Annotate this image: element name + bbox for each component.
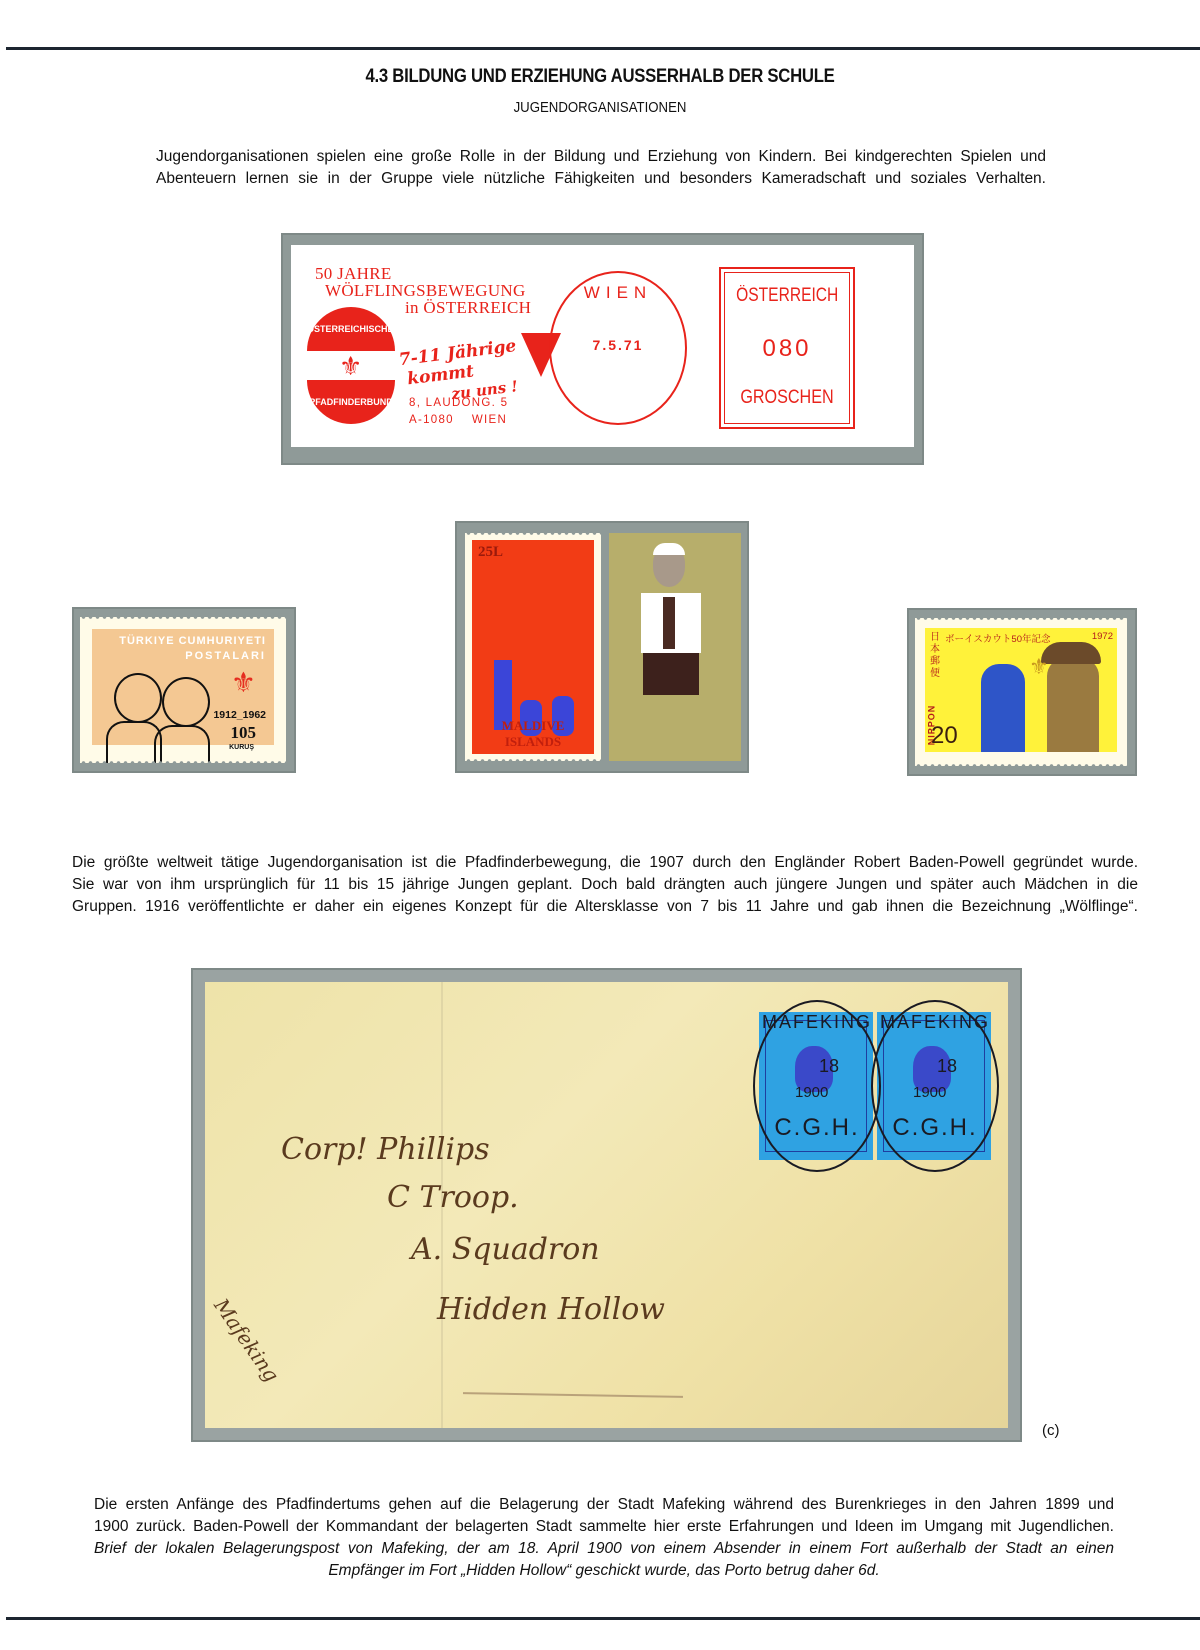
slogan-line: in ÖSTERREICH [405, 299, 531, 316]
meter-value: 080 [725, 335, 849, 363]
scout-shorts [643, 653, 699, 695]
top-rule [6, 47, 1200, 50]
intro-paragraph: Jugendorganisationen spielen eine große … [156, 146, 1046, 190]
postmark-day: 18 [819, 1056, 839, 1077]
meter-franking: 50 JAHRE WÖLFLINGSBEWEGUNG in ÖSTERREICH… [291, 245, 914, 447]
stamp-country: MALDIVE ISLANDS [472, 718, 594, 750]
copyright-mark: (c) [1042, 1422, 1060, 1439]
caption-line: Empfänger im Fort „Hidden Hollow“ geschi… [94, 1560, 1114, 1582]
japan-stamp: 日本郵便 NIPPON ボーイスカウト50年記念 1972 ⚜ 20 [915, 618, 1127, 766]
middle-paragraph: Die größte weltweit tätige Jugendorganis… [72, 852, 1138, 918]
text-line: Die größte weltweit tätige Jugendorganis… [72, 852, 1138, 874]
address-line: Corp! Phillips [281, 1132, 490, 1167]
japan-stamp-design: 日本郵便 NIPPON ボーイスカウト50年記念 1972 ⚜ 20 [925, 628, 1117, 752]
meter-postmark: WIEN 7.5.71 [549, 271, 687, 425]
meter-country: ÖSTERREICH [736, 285, 838, 307]
scout-cap [653, 543, 685, 555]
stamp-title: ボーイスカウト50年記念 [945, 631, 1050, 645]
postmark-year: 1900 [795, 1084, 828, 1101]
postmark-town: MAFEKING [755, 1012, 879, 1033]
stamp-issuer: 日本郵便 [928, 632, 942, 680]
text-line: 1900 zurück. Baden-Powell der Kommandant… [94, 1516, 1114, 1538]
postmark-day: 18 [937, 1056, 957, 1077]
scout-label-tab [609, 533, 741, 761]
meter-franking-mount: 50 JAHRE WÖLFLINGSBEWEGUNG in ÖSTERREICH… [281, 233, 924, 465]
bottom-paragraph: Die ersten Anfänge des Pfadfindertums ge… [94, 1494, 1114, 1582]
postmark-town: MAFEKING [873, 1012, 997, 1033]
page-subtitle: JUGENDORGANISATIONEN [72, 99, 1128, 116]
scout-hat [1041, 642, 1101, 664]
turkey-stamp: TÜRKIYE CUMHURIYETI POSTALARI ⚜ 1912_196… [80, 617, 286, 763]
stamp-years: 1912_1962 [213, 709, 266, 721]
fleur-de-lis-icon: ⚜ [339, 353, 362, 379]
stamp-currency: KURUŞ [229, 744, 254, 751]
maldives-stamp-mount: 25L MALDIVE ISLANDS [455, 521, 749, 773]
stamp-pair: MAFEKING 18 1900 C.G.H. MAFEKING 18 1900… [759, 1012, 993, 1160]
stamp-country-line2: POSTALARI [92, 650, 266, 662]
postmark-region: C.G.H. [755, 1114, 879, 1142]
pencil-line [463, 1392, 683, 1397]
stamp-country: TÜRKIYE CUMHURIYETI [92, 635, 266, 647]
scout-girl-body [154, 725, 210, 763]
scout-emblem-icon: ⚜ [1029, 654, 1049, 680]
postmark-date: 7.5.71 [551, 337, 685, 353]
postmark: MAFEKING 18 1900 C.G.H. [753, 1000, 881, 1172]
scout-tie [663, 597, 675, 649]
postmark-year: 1900 [913, 1084, 946, 1101]
address-line: A. Squadron [411, 1232, 600, 1267]
meter-value-inner: ÖSTERREICH 080 GROSCHEN [724, 272, 850, 424]
intro-line: Jugendorganisationen spielen eine große … [156, 146, 1046, 168]
turkey-stamp-design: TÜRKIYE CUMHURIYETI POSTALARI ⚜ 1912_196… [92, 629, 274, 745]
postmark-city: WIEN [551, 283, 685, 303]
meter-currency: GROSCHEN [734, 387, 839, 409]
postmark: MAFEKING 18 1900 C.G.H. [871, 1000, 999, 1172]
stamp-value: 105 [231, 723, 257, 743]
side-note: Mafeking [209, 1294, 284, 1386]
scout-boy-face [114, 673, 162, 723]
bottom-rule [6, 1617, 1200, 1620]
meter-address: 8, LAUDONG. 5 A-1080 WIEN [409, 395, 508, 429]
slogan-line: WÖLFLINGSBEWEGUNG [325, 282, 531, 299]
badge-bottom: PFADFINDERBUND [307, 380, 395, 424]
japan-stamp-mount: 日本郵便 NIPPON ボーイスカウト50年記念 1972 ⚜ 20 [907, 608, 1137, 776]
text-line: Die ersten Anfänge des Pfadfindertums ge… [94, 1494, 1114, 1516]
scout-girl-face [162, 677, 210, 727]
stamp-value: 25L [478, 544, 503, 561]
scout-leader-figure [1047, 658, 1099, 752]
cover-mount: MAFEKING 18 1900 C.G.H. MAFEKING 18 1900… [191, 968, 1022, 1442]
turkey-stamp-mount: TÜRKIYE CUMHURIYETI POSTALARI ⚜ 1912_196… [72, 607, 296, 773]
postmark-region: C.G.H. [873, 1114, 997, 1142]
meter-value-box: ÖSTERREICH 080 GROSCHEN [719, 267, 855, 429]
siege-cover: MAFEKING 18 1900 C.G.H. MAFEKING 18 1900… [205, 982, 1008, 1428]
scout-emblem-icon: ⚜ [231, 669, 256, 697]
caption-line: Brief der lokalen Belagerungspost von Ma… [94, 1538, 1114, 1560]
intro-line: Abenteuern lernen sie in der Gruppe viel… [156, 168, 1046, 190]
address-line: C Troop. [387, 1180, 519, 1215]
maldives-stamp-design: 25L MALDIVE ISLANDS [472, 540, 594, 754]
text-line: Sie war von ihm ursprünglich für 11 bis … [72, 874, 1138, 896]
maldives-stamp: 25L MALDIVE ISLANDS [465, 533, 601, 761]
text-line: Gruppen. 1916 veröffentlichte er daher e… [72, 896, 1138, 918]
stamp-year: 1972 [1092, 631, 1113, 642]
page-title: 4.3 BILDUNG UND ERZIEHUNG AUSSERHALB DER… [72, 66, 1128, 88]
cub-scout-figure [981, 664, 1025, 752]
stamp-value: 20 [931, 722, 958, 750]
address-line: Hidden Hollow [437, 1292, 665, 1327]
